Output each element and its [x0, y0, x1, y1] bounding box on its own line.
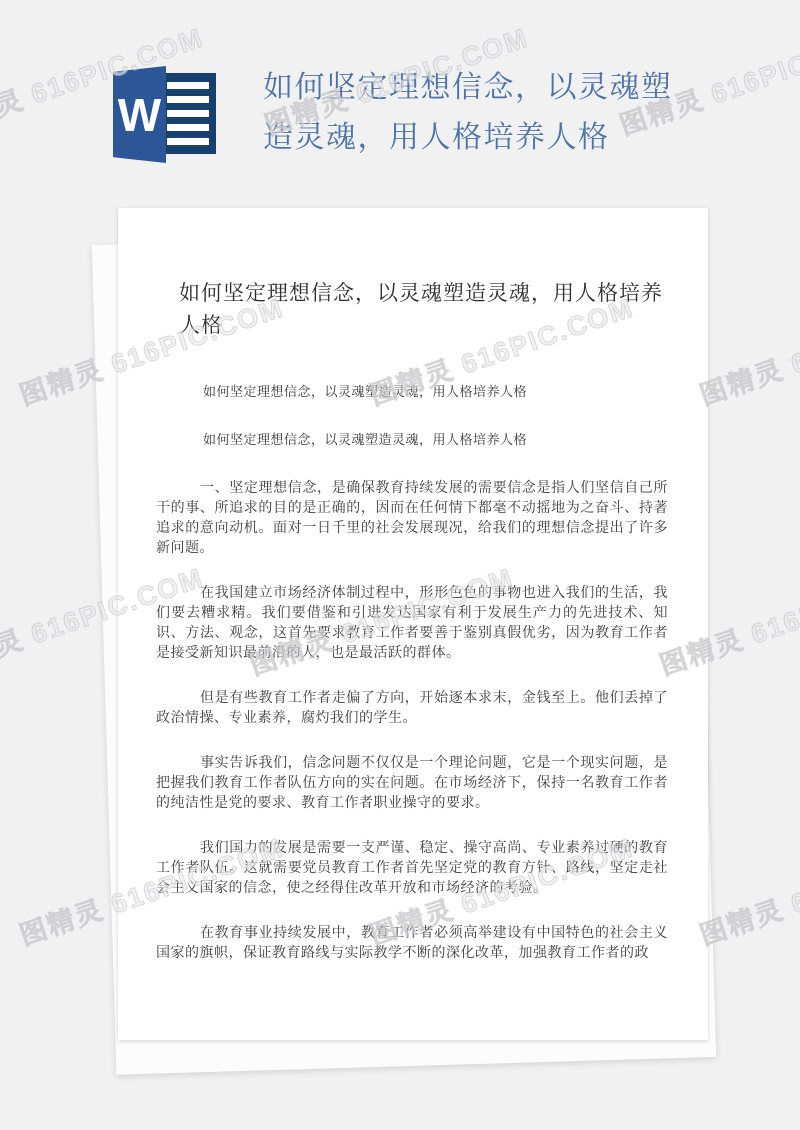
document-body: 一、坚定理想信念，是确保教育持续发展的需要信念是指人们坚信自己所干的事、所追求的…	[156, 479, 668, 964]
word-icon-w-panel: W	[113, 66, 166, 163]
page-title-line-1: 如何坚定理想信念，以灵魂塑	[263, 63, 723, 113]
document-paragraph: 一、坚定理想信念，是确保教育持续发展的需要信念是指人们坚信自己所干的事、所追求的…	[156, 479, 668, 559]
header: W 如何坚定理想信念，以灵魂塑 造灵魂，用人格培养人格	[0, 0, 800, 200]
document-subtitle-line: 如何坚定理想信念，以灵魂塑造灵魂，用人格培养人格	[156, 383, 668, 401]
document-paragraph: 事实告诉我们，信念问题不仅仅是一个理论问题，它是一个现实问题，是把握我们教育工作…	[156, 754, 668, 814]
page-title-line-2: 造灵魂，用人格培养人格	[263, 113, 723, 163]
document-paragraph: 在教育事业持续发展中，教育工作者必须高举建设有中国特色的社会主义国家的旗帜，保证…	[156, 924, 668, 964]
document-paragraph: 但是有些教育工作者走偏了方向，开始逐本求末，金钱至上。他们丢掉了政治情操、专业素…	[156, 689, 668, 729]
document-subtitle-line: 如何坚定理想信念，以灵魂塑造灵魂，用人格培养人格	[156, 431, 668, 449]
document-title: 如何坚定理想信念，以灵魂塑造灵魂，用人格培养人格	[179, 277, 668, 341]
document-page: 如何坚定理想信念，以灵魂塑造灵魂，用人格培养人格 如何坚定理想信念，以灵魂塑造灵…	[118, 208, 708, 1040]
document-paragraph: 我们国力的发展是需要一支严谨、稳定、操守高尚、专业素养过硬的教育工作者队伍。这就…	[156, 839, 668, 899]
document-content: 如何坚定理想信念，以灵魂塑造灵魂，用人格培养人格 如何坚定理想信念，以灵魂塑造灵…	[118, 208, 708, 964]
page-title: 如何坚定理想信念，以灵魂塑 造灵魂，用人格培养人格	[263, 63, 723, 163]
document-subtitle-lines: 如何坚定理想信念，以灵魂塑造灵魂，用人格培养人格如何坚定理想信念，以灵魂塑造灵魂…	[156, 383, 668, 449]
word-icon-letter: W	[118, 92, 161, 138]
watermark-text: 图精灵 616PIC.COM	[694, 286, 800, 413]
word-icon-text-lines	[167, 82, 209, 145]
document-paragraph: 在我国建立市场经济体制过程中，形形色色的事物也进入我们的生活，我们要去糟求精。我…	[156, 584, 668, 664]
word-file-icon: W	[113, 60, 216, 165]
